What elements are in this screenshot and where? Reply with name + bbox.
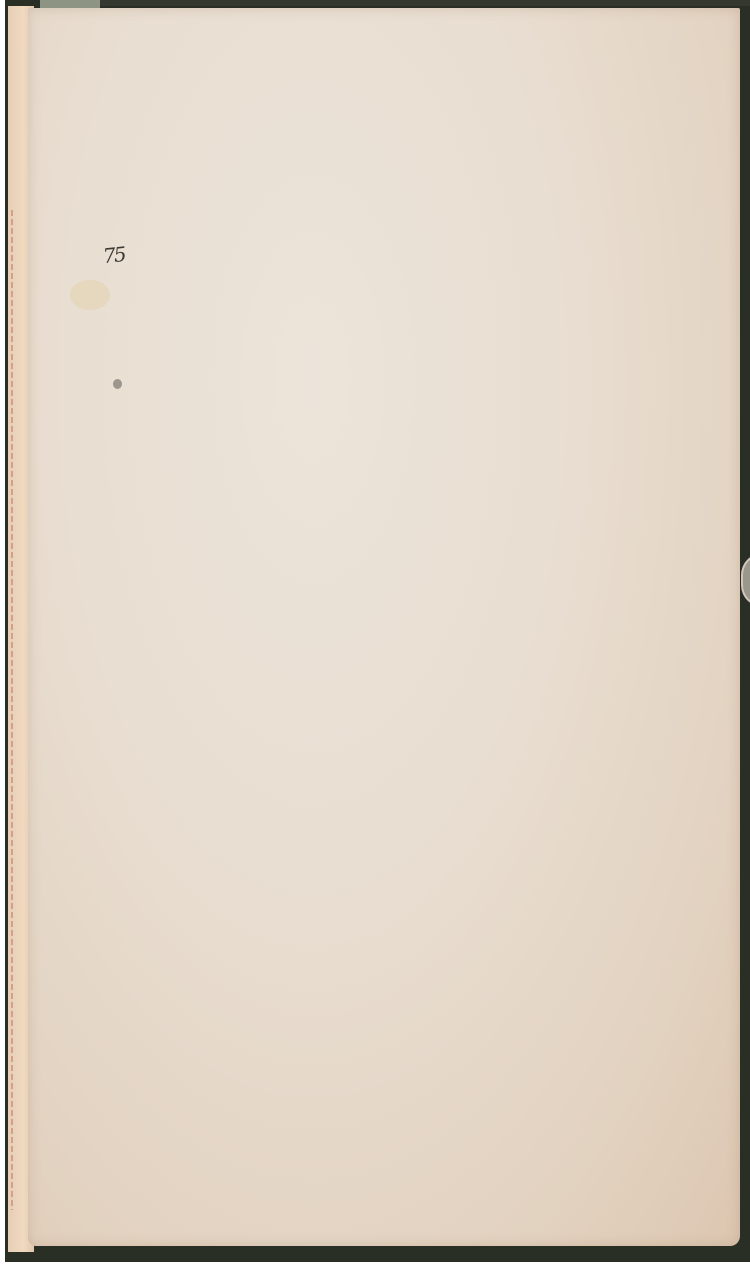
ink-dot <box>113 379 122 389</box>
paper-stain <box>70 280 110 310</box>
top-strip-dark <box>100 0 750 6</box>
handwritten-mark: 75 <box>102 242 126 268</box>
red-edge-mark <box>11 210 13 1210</box>
book-page <box>28 8 740 1246</box>
top-strip <box>40 0 100 8</box>
